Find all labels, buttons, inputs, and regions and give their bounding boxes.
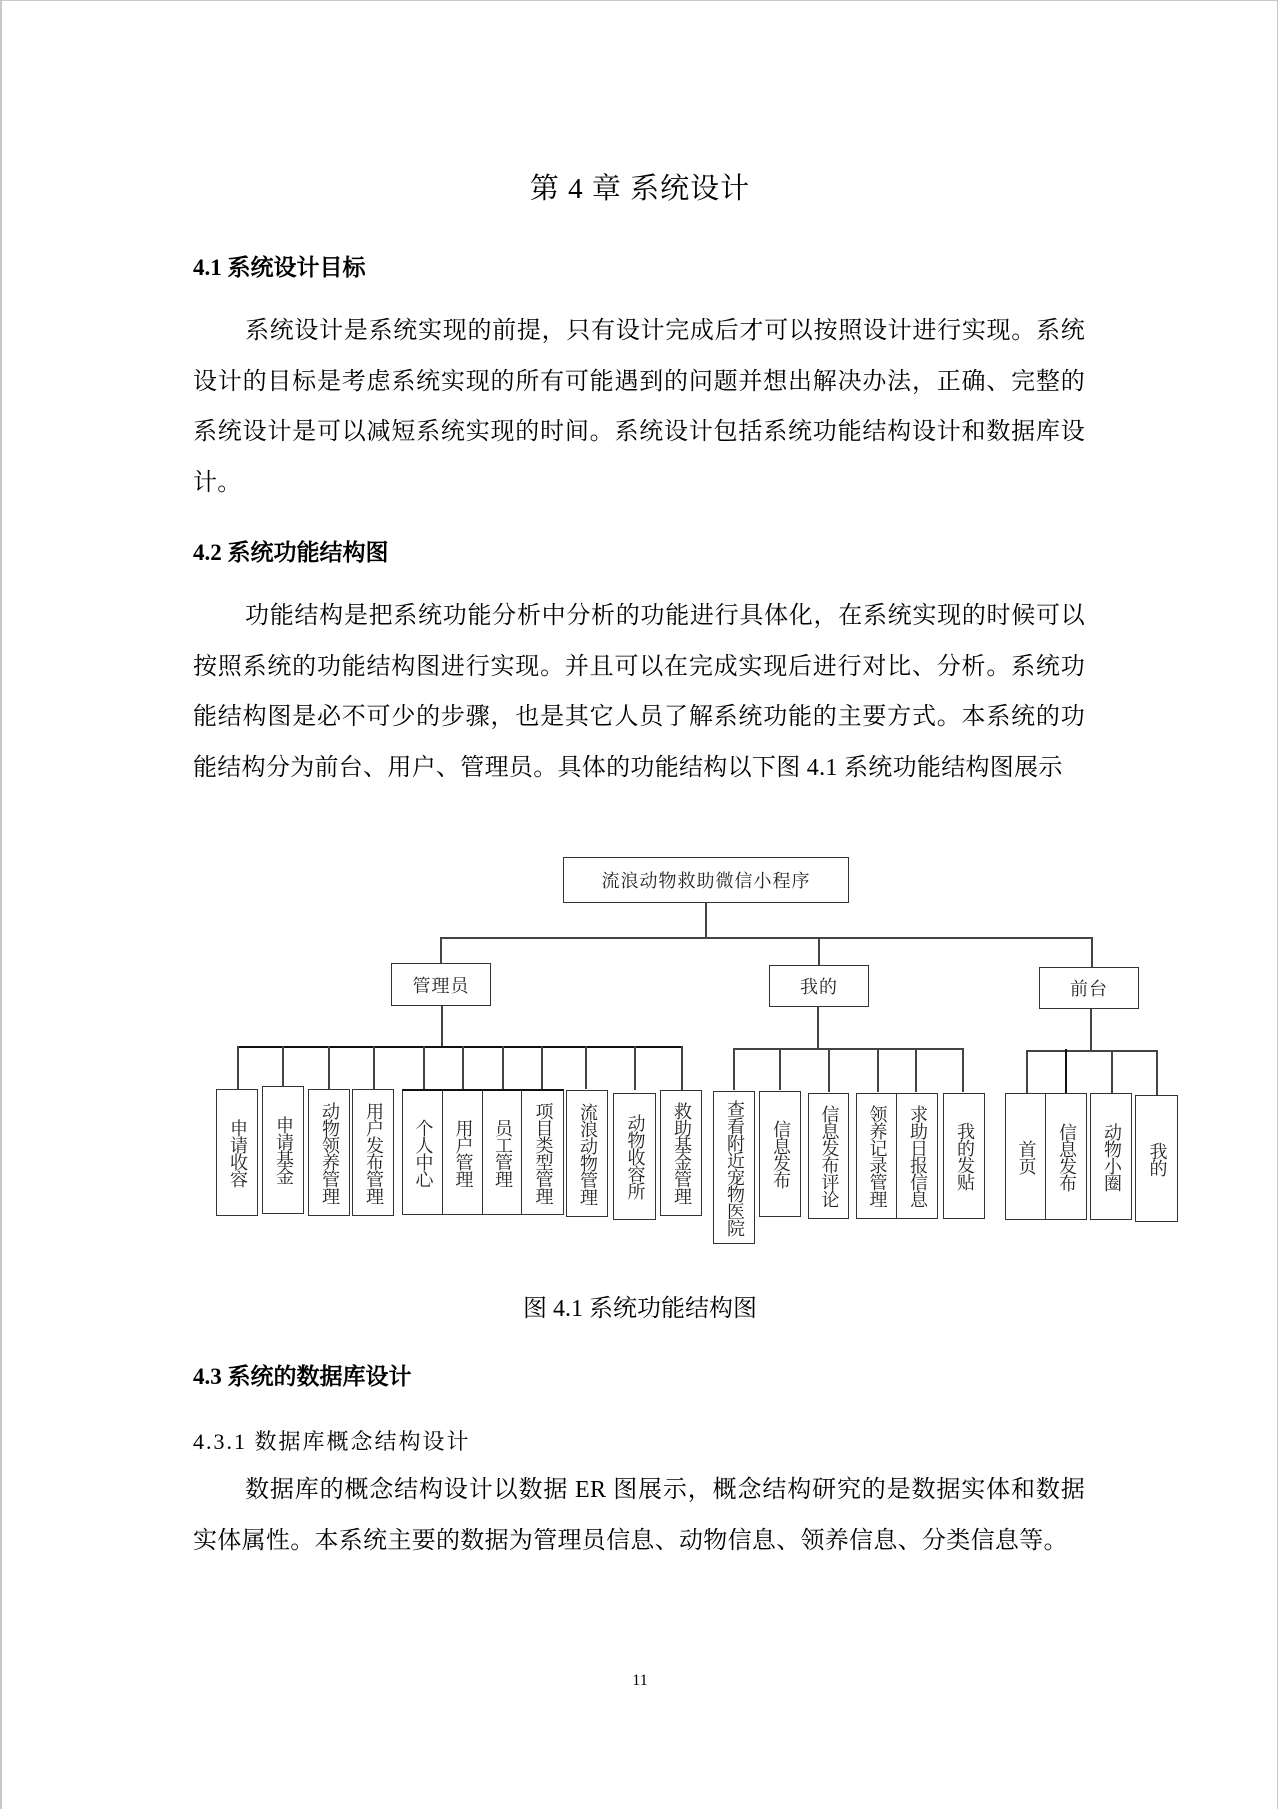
section-paragraph-4-2: 功能结构是把系统功能分析中分析的功能进行具体化，在系统实现的时候可以按照系统的功…	[193, 591, 1085, 793]
chapter-title: 第 4 章 系统设计	[0, 166, 1280, 207]
section-heading-4-3: 4.3 系统的数据库设计	[193, 1358, 412, 1391]
section-paragraph-4-3-1: 数据库的概念结构设计以数据 ER 图展示，概念结构研究的是数据实体和数据实体属性…	[193, 1465, 1085, 1566]
subsection-heading-4-3-1: 4.3.1 数据库概念结构设计	[193, 1425, 471, 1456]
figure-caption: 图 4.1 系统功能结构图	[0, 1288, 1280, 1323]
section-paragraph-4-1: 系统设计是系统实现的前提，只有设计完成后才可以按照设计进行实现。系统设计的目标是…	[193, 306, 1085, 508]
section-heading-4-2: 4.2 系统功能结构图	[193, 534, 389, 567]
page-number: 11	[0, 1672, 1280, 1690]
section-heading-4-1: 4.1 系统设计目标	[193, 249, 366, 282]
